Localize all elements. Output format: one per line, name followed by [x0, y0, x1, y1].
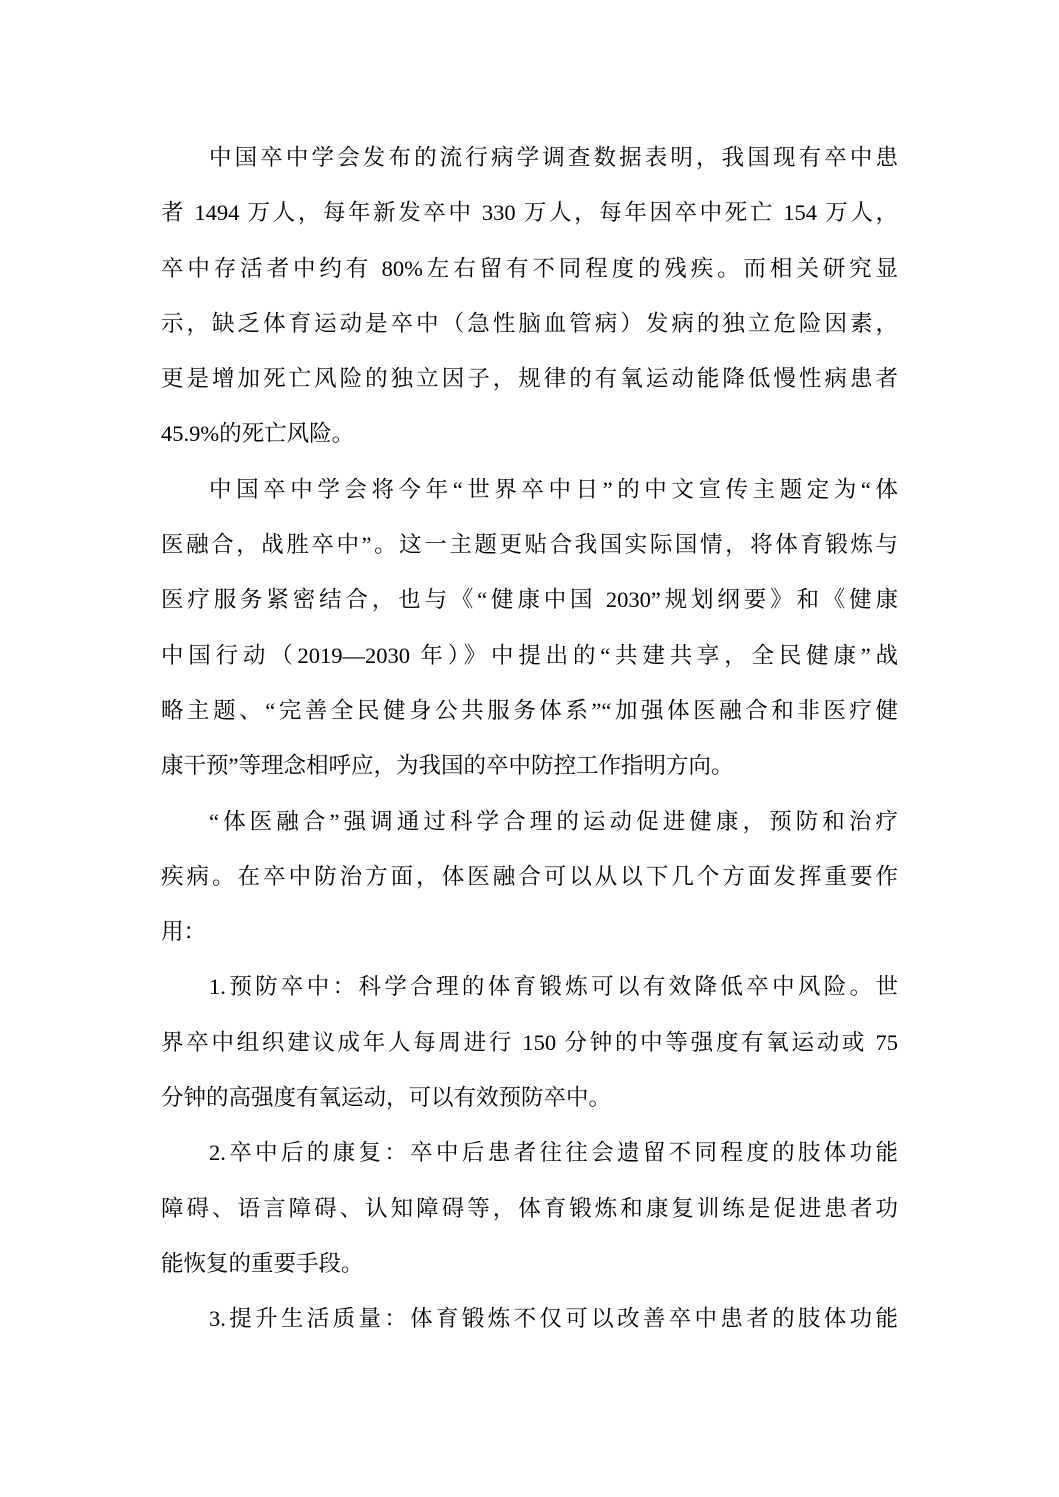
text-line: 疾病。在卒中防治方面，体医融合可以从以下几个方面发挥重要作 [161, 849, 898, 904]
text-line: 医疗服务紧密结合，也与《“健康中国 2030”规划纲要》和《健康 [161, 572, 898, 627]
text-line: 中国卒中学会发布的流行病学调查数据表明，我国现有卒中患 [161, 130, 898, 185]
text-line: 略主题、“完善全民健身公共服务体系”“加强体医融合和非医疗健 [161, 683, 898, 738]
text-line: 3.提升生活质量：体育锻炼不仅可以改善卒中患者的肢体功能 [161, 1291, 898, 1346]
text-line: 更是增加死亡风险的独立因子，规律的有氧运动能降低慢性病患者 [161, 351, 898, 406]
text-line: 能恢复的重要手段。 [161, 1236, 898, 1291]
text-line: 医融合，战胜卒中”。这一主题更贴合我国实际国情，将体育锻炼与 [161, 517, 898, 572]
document-body: 中国卒中学会发布的流行病学调查数据表明，我国现有卒中患者 1494 万人，每年新… [161, 130, 898, 1347]
text-line: 1.预防卒中：科学合理的体育锻炼可以有效降低卒中风险。世 [161, 959, 898, 1014]
text-line: 示，缺乏体育运动是卒中（急性脑血管病）发病的独立危险因素， [161, 296, 898, 351]
text-line: 卒中存活者中约有 80%左右留有不同程度的残疾。而相关研究显 [161, 241, 898, 296]
text-line: 中国卒中学会将今年“世界卒中日”的中文宣传主题定为“体 [161, 462, 898, 517]
text-line: 界卒中组织建议成年人每周进行 150 分钟的中等强度有氧运动或 75 [161, 1015, 898, 1070]
document-page: 中国卒中学会发布的流行病学调查数据表明，我国现有卒中患者 1494 万人，每年新… [0, 0, 1059, 1497]
text-line: 者 1494 万人，每年新发卒中 330 万人，每年因卒中死亡 154 万人， [161, 185, 898, 240]
text-line: 中国行动（2019—2030 年）》中提出的“共建共享，全民健康”战 [161, 628, 898, 683]
text-line: 45.9%的死亡风险。 [161, 406, 898, 461]
text-line: “体医融合”强调通过科学合理的运动促进健康，预防和治疗 [161, 794, 898, 849]
text-line: 分钟的高强度有氧运动，可以有效预防卒中。 [161, 1070, 898, 1125]
text-line: 障碍、语言障碍、认知障碍等，体育锻炼和康复训练是促进患者功 [161, 1181, 898, 1236]
text-line: 康干预”等理念相呼应，为我国的卒中防控工作指明方向。 [161, 738, 898, 793]
text-line: 2.卒中后的康复：卒中后患者往往会遗留不同程度的肢体功能 [161, 1125, 898, 1180]
text-line: 用： [161, 904, 898, 959]
